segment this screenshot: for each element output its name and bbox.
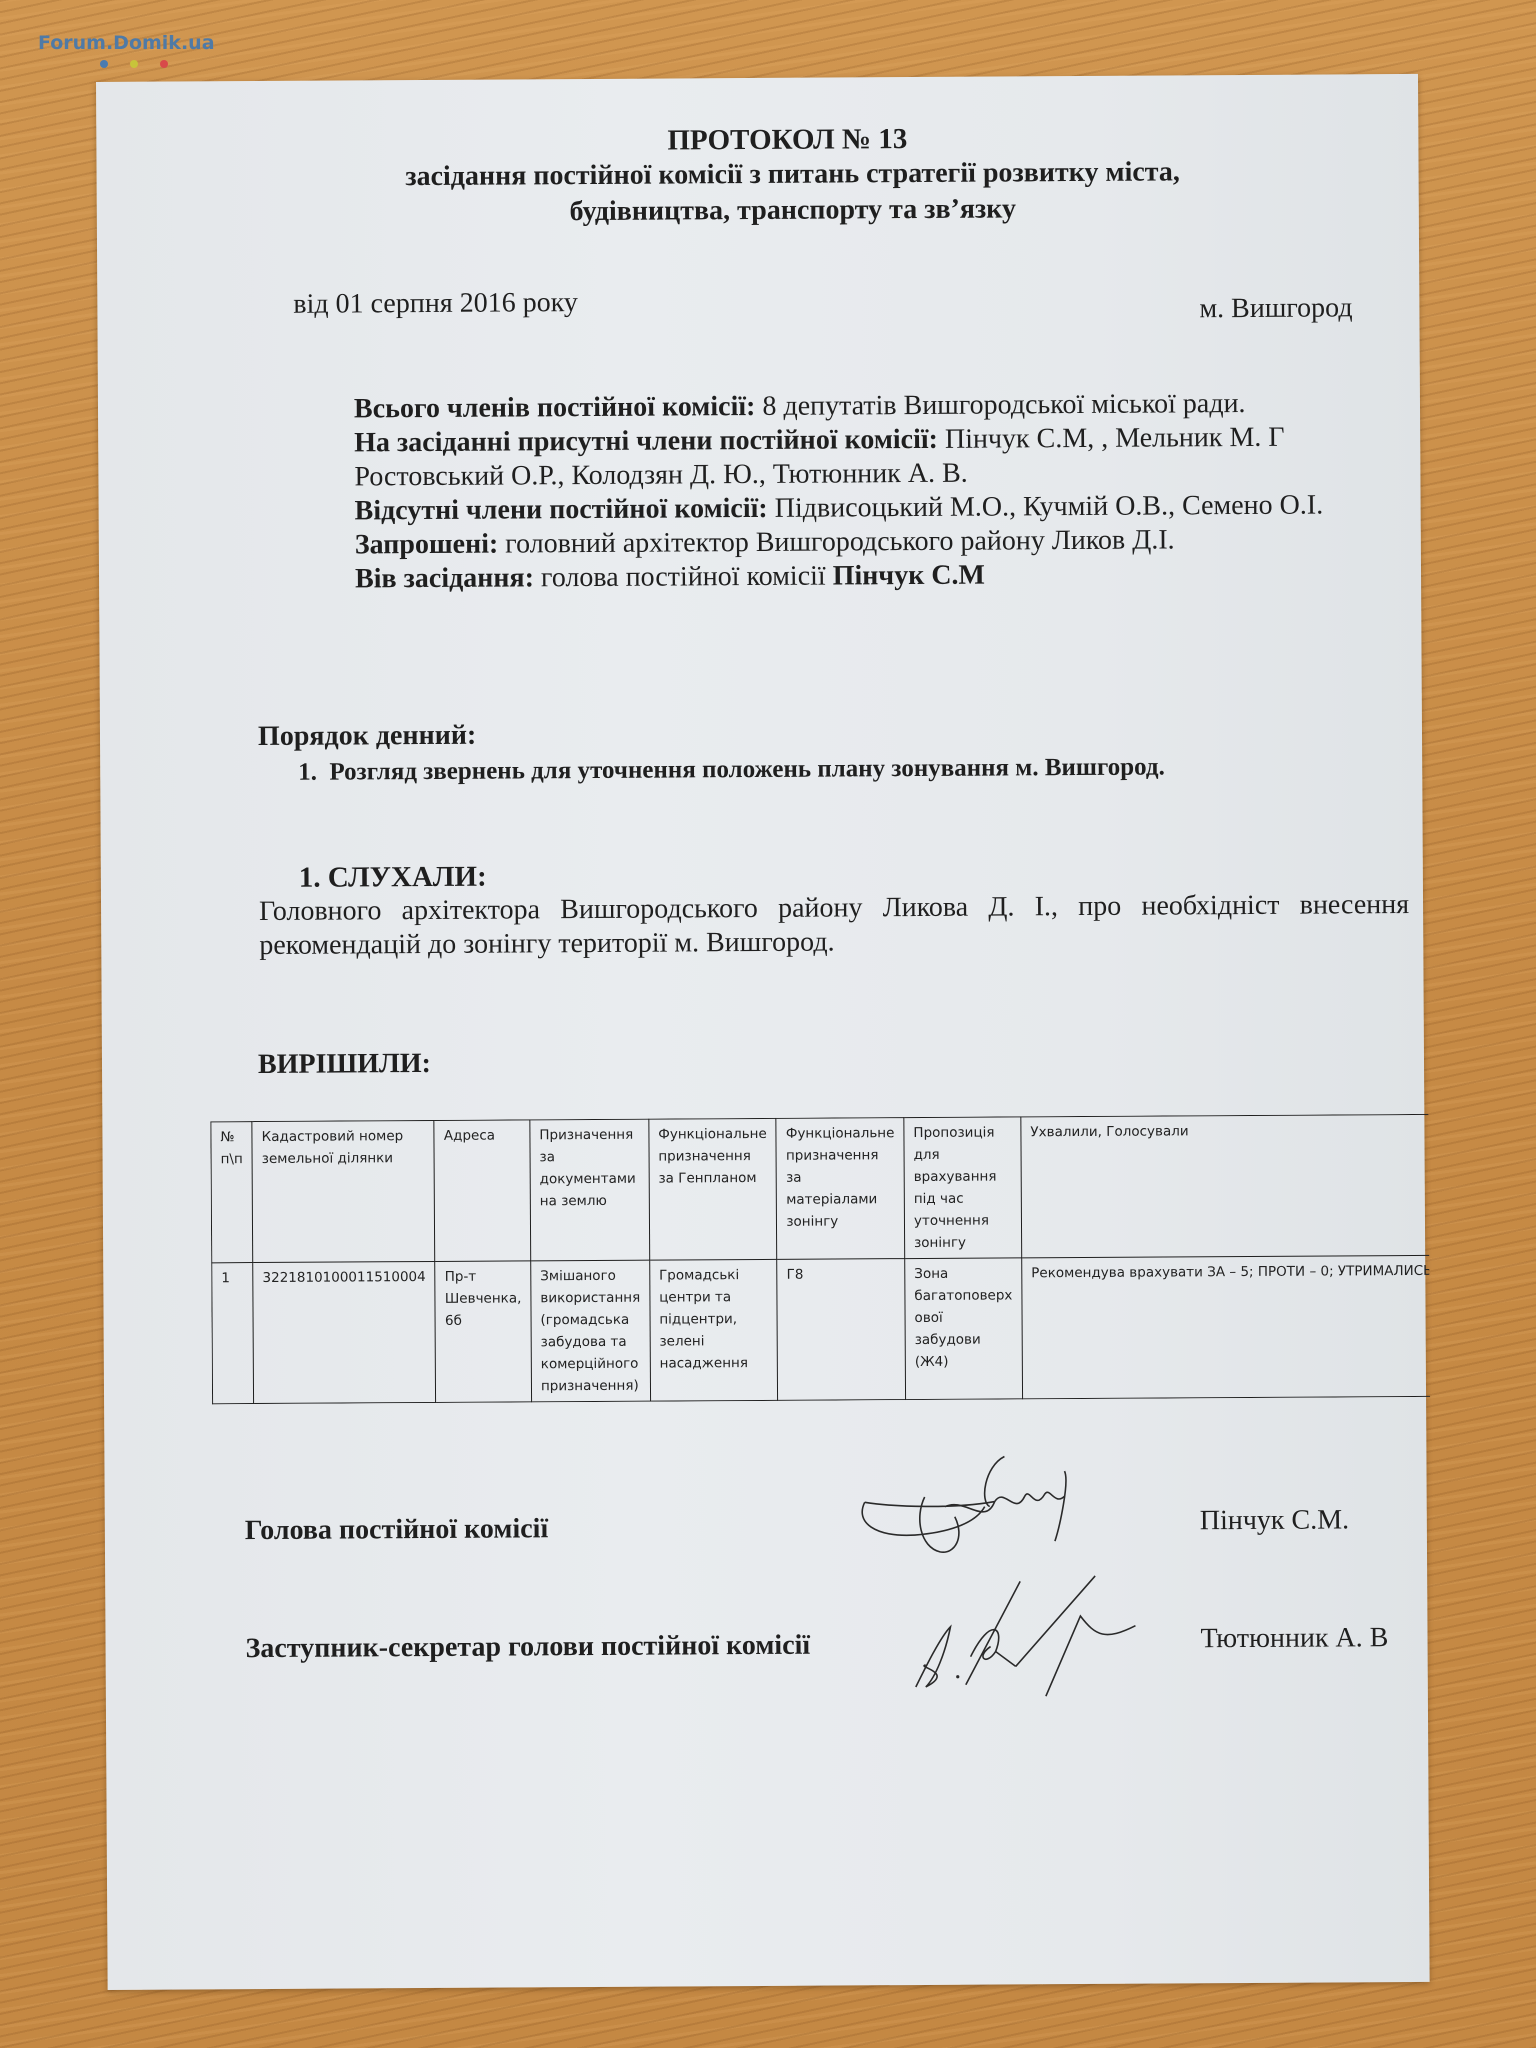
signature-role-secretary: Заступник-секретар голови постійної комі… <box>245 1630 810 1665</box>
decision-table-container: № п\п Кадастровий номер земельної ділянк… <box>210 1114 1430 1404</box>
document-subtitle-line2: будівництва, транспорту та зв’язку <box>167 189 1419 233</box>
document-sheet: ПРОТОКОЛ № 13 засідання постійної комісі… <box>96 74 1430 1990</box>
meeting-city: м. Вишгород <box>1199 292 1352 325</box>
cell-cadastral: 3221810100011510004 <box>253 1261 436 1403</box>
attendance-info: Всього членів постійної комісії: 8 депут… <box>354 386 1435 597</box>
table-header-row: № п\п Кадастровий номер земельної ділянк… <box>211 1114 1430 1263</box>
cell-land-docs: Змішаного використання (громадська забуд… <box>531 1260 651 1402</box>
chair-label: Вів засідання: <box>355 562 534 594</box>
watermark-dots <box>100 60 168 68</box>
agenda-item-text: Розгляд звернень для уточнення положень … <box>329 753 1164 785</box>
present-members-label: На засіданні присутні члени постійної ко… <box>354 424 938 459</box>
header-zoning: Функціональне призначення за матеріалами… <box>776 1118 904 1260</box>
cell-zoning: Г8 <box>777 1259 905 1401</box>
chairperson: Вів засідання: голова постійної комісії … <box>355 556 1435 597</box>
agenda-item-number: 1. <box>298 759 317 786</box>
decision-table: № п\п Кадастровий номер земельної ділянк… <box>210 1114 1430 1404</box>
total-members-label: Всього членів постійної комісії: <box>354 391 756 424</box>
watermark-dot-blue <box>100 60 108 68</box>
cell-address: Пр-т Шевченка, 6б <box>435 1261 531 1403</box>
handwritten-signature-secretary-icon <box>895 1556 1156 1708</box>
chair-value: голова постійної комісії <box>534 561 833 594</box>
table-row: 1 3221810100011510004 Пр-т Шевченка, 6б … <box>212 1255 1430 1404</box>
header-cadastral: Кадастровий номер земельної ділянки <box>252 1120 435 1262</box>
header-address: Адреса <box>434 1120 530 1262</box>
invited-value: головний архітектор Вишгородського район… <box>498 524 1175 559</box>
meeting-date: від 01 серпня 2016 року <box>293 287 578 321</box>
watermark-dot-red <box>160 60 168 68</box>
signature-name-secretary: Тютюнник А. В <box>1200 1622 1388 1655</box>
heard-text: Головного архітектора Вишгородського рай… <box>259 888 1409 963</box>
absent-members: Відсутні члени постійної комісії: Підвис… <box>355 488 1435 529</box>
agenda-title: Порядок денний: <box>258 715 1165 753</box>
cell-proposal: Зона багатоповерх ової забудови (Ж4) <box>905 1258 1023 1400</box>
signature-role-chair: Голова постійної комісії <box>245 1513 549 1547</box>
cell-number: 1 <box>212 1263 254 1404</box>
invited-label: Запрошені: <box>355 529 499 561</box>
header-vote: Ухвалили, Голосували <box>1021 1114 1430 1258</box>
header-genplan: Функціональне призначення за Генпланом <box>649 1118 777 1260</box>
heard-section: 1. СЛУХАЛИ: Головного архітектора Вишгор… <box>259 854 1410 963</box>
agenda-item: 1. Розгляд звернень для уточнення положе… <box>298 753 1165 786</box>
document-header: ПРОТОКОЛ № 13 засідання постійної комісі… <box>96 120 1419 233</box>
total-members-value: 8 депутатів Вишгородської міської ради. <box>755 388 1245 422</box>
cell-genplan: Громадські центри та підцентри, зелені н… <box>649 1259 777 1401</box>
header-number: № п\п <box>211 1122 253 1263</box>
signature-name-chair: Пінчук С.М. <box>1200 1504 1349 1537</box>
watermark-logo: Forum.Domik.ua <box>38 32 215 54</box>
handwritten-signature-chair-icon <box>854 1446 1135 1568</box>
absent-members-label: Відсутні члени постійної комісії: <box>355 493 768 527</box>
cell-vote: Рекомендува врахувати ЗА – 5; ПРОТИ – 0;… <box>1022 1255 1430 1399</box>
agenda-section: Порядок денний: 1. Розгляд звернень для … <box>258 715 1165 787</box>
header-land-docs: Призначення за документами на землю <box>530 1119 650 1261</box>
chair-name: Пінчук С.М <box>833 560 985 592</box>
present-members: На засіданні присутні члени постійної ко… <box>354 420 1434 495</box>
watermark-dot-yellow <box>130 60 138 68</box>
absent-members-value: Підвисоцький М.О., Кучмій О.В., Семено О… <box>768 490 1324 524</box>
header-proposal: Пропозиція для врахування під час уточне… <box>904 1117 1022 1259</box>
decided-title: ВИРІШИЛИ: <box>258 1048 431 1081</box>
